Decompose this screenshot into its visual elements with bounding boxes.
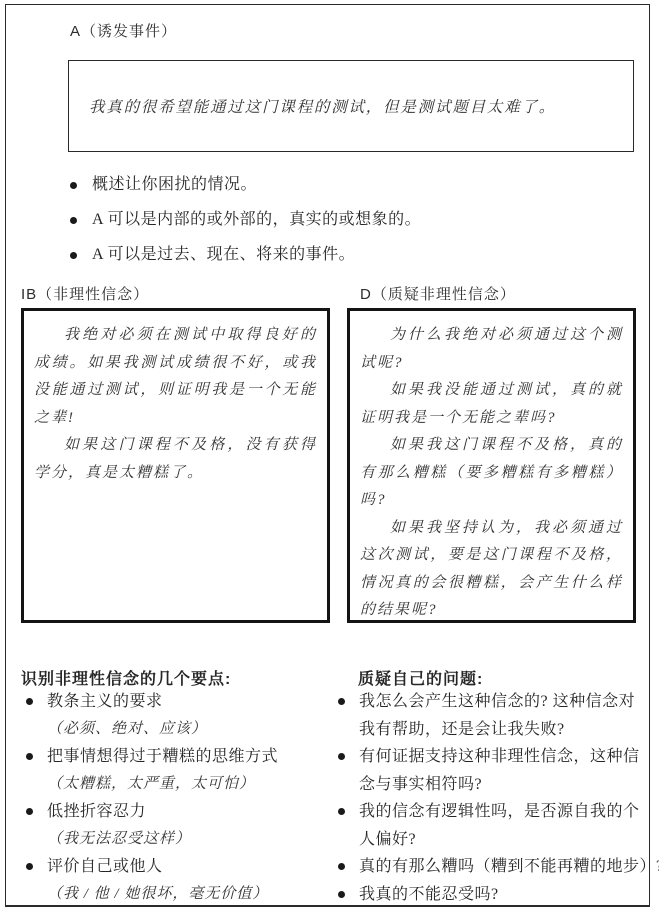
activating-event-box: 我真的很希望能通过这门课程的测试，但是测试题目太难了。 bbox=[68, 60, 634, 152]
list-item-text: 有何证据支持这种非理性信念，这种信念与事实相符吗? bbox=[359, 748, 640, 793]
identify-list-heading: 识别非理性信念的几个要点: bbox=[21, 666, 231, 689]
list-item: 评价自己或他人 （我 / 他 / 她很坏，毫无价值） bbox=[24, 853, 326, 908]
identify-list: 教条主义的要求 （必须、绝对、应该） 把事情想得过于糟糕的思维方式 （太糟糕，太… bbox=[24, 688, 326, 908]
list-item-main: 低挫折容忍力 bbox=[47, 803, 146, 820]
section-d-heading: D（质疑非理性信念） bbox=[360, 283, 516, 304]
paragraph: 如果我这门课程不及格，真的有那么糟糕（要多糟糕有多糟糕）吗? bbox=[360, 432, 623, 515]
list-item-text: A 可以是过去、现在、将来的事件。 bbox=[92, 246, 355, 263]
list-item: 概述让你困扰的情况。 bbox=[68, 174, 608, 196]
bullet-icon bbox=[26, 698, 33, 705]
list-item: 真的有那么糟吗（糟到不能再糟的地步）? bbox=[336, 853, 644, 881]
bullet-icon bbox=[338, 753, 345, 760]
bullet-icon bbox=[338, 891, 345, 898]
list-item-sub: （我无法忍受这样） bbox=[47, 826, 326, 854]
list-item-text: 我的信念有逻辑性吗，是否源自我的个人偏好? bbox=[359, 803, 640, 848]
list-item-main: 把事情想得过于糟糕的思维方式 bbox=[47, 748, 278, 765]
irrational-belief-box: 我绝对必须在测试中取得良好的成绩。如果我测试成绩很不好，或我没能通过测试，则证明… bbox=[21, 308, 330, 623]
list-item-text: 我真的不能忍受吗? bbox=[359, 886, 499, 903]
list-item-text: A 可以是内部的或外部的，真实的或想象的。 bbox=[92, 211, 421, 228]
section-a-heading: A（诱发事件） bbox=[70, 20, 177, 41]
list-item: 我真的不能忍受吗? bbox=[336, 881, 644, 909]
list-item-sub: （我 / 他 / 她很坏，毫无价值） bbox=[47, 881, 326, 909]
list-item-main: 教条主义的要求 bbox=[47, 693, 163, 710]
bullet-icon bbox=[26, 863, 33, 870]
paragraph: 我绝对必须在测试中取得良好的成绩。如果我测试成绩很不好，或我没能通过测试，则证明… bbox=[34, 322, 317, 432]
section-ib-heading: IB（非理性信念） bbox=[21, 283, 149, 304]
list-item: 低挫折容忍力 （我无法忍受这样） bbox=[24, 798, 326, 853]
list-item-text: 概述让你困扰的情况。 bbox=[92, 176, 257, 193]
activating-event-text: 我真的很希望能通过这门课程的测试，但是测试题目太难了。 bbox=[69, 95, 574, 117]
list-item-text: 我怎么会产生这种信念的? 这种信念对我有帮助，还是会让我失败? bbox=[359, 693, 635, 738]
paragraph: 为什么我绝对必须通过这个测试呢? bbox=[360, 322, 623, 377]
list-item: 把事情想得过于糟糕的思维方式 （太糟糕，太严重，太可怕） bbox=[24, 743, 326, 798]
bullet-icon bbox=[338, 808, 345, 815]
list-item: 有何证据支持这种非理性信念，这种信念与事实相符吗? bbox=[336, 743, 644, 798]
bullet-icon bbox=[70, 252, 77, 259]
list-item: A 可以是内部的或外部的，真实的或想象的。 bbox=[68, 209, 608, 231]
list-item-main: 评价自己或他人 bbox=[47, 858, 163, 875]
dispute-belief-box: 为什么我绝对必须通过这个测试呢? 如果我没能通过测试，真的就证明我是一个无能之辈… bbox=[347, 308, 636, 623]
section-a-bullet-list: 概述让你困扰的情况。 A 可以是内部的或外部的，真实的或想象的。 A 可以是过去… bbox=[68, 174, 608, 279]
bullet-icon bbox=[70, 217, 77, 224]
list-item-text: 真的有那么糟吗（糟到不能再糟的地步）? bbox=[359, 858, 659, 875]
list-item: 我怎么会产生这种信念的? 这种信念对我有帮助，还是会让我失败? bbox=[336, 688, 644, 743]
bullet-icon bbox=[338, 863, 345, 870]
paragraph: 如果我坚持认为，我必须通过这次测试，要是这门课程不及格，情况真的会很糟糕，会产生… bbox=[360, 515, 623, 625]
bullet-icon bbox=[70, 182, 77, 189]
worksheet-page: A（诱发事件） 我真的很希望能通过这门课程的测试，但是测试题目太难了。 概述让你… bbox=[0, 0, 659, 917]
list-item: 我的信念有逻辑性吗，是否源自我的个人偏好? bbox=[336, 798, 644, 853]
bullet-icon bbox=[338, 698, 345, 705]
bullet-icon bbox=[26, 808, 33, 815]
dispute-list: 我怎么会产生这种信念的? 这种信念对我有帮助，还是会让我失败? 有何证据支持这种… bbox=[336, 688, 644, 908]
list-item-sub: （必须、绝对、应该） bbox=[47, 716, 326, 744]
dispute-list-heading: 质疑自己的问题: bbox=[358, 666, 483, 689]
paragraph: 如果我没能通过测试，真的就证明我是一个无能之辈吗? bbox=[360, 377, 623, 432]
list-item: A 可以是过去、现在、将来的事件。 bbox=[68, 244, 608, 266]
bullet-icon bbox=[26, 753, 33, 760]
list-item: 教条主义的要求 （必须、绝对、应该） bbox=[24, 688, 326, 743]
paragraph: 如果这门课程不及格，没有获得学分，真是太糟糕了。 bbox=[34, 432, 317, 487]
list-item-sub: （太糟糕，太严重，太可怕） bbox=[47, 771, 326, 799]
